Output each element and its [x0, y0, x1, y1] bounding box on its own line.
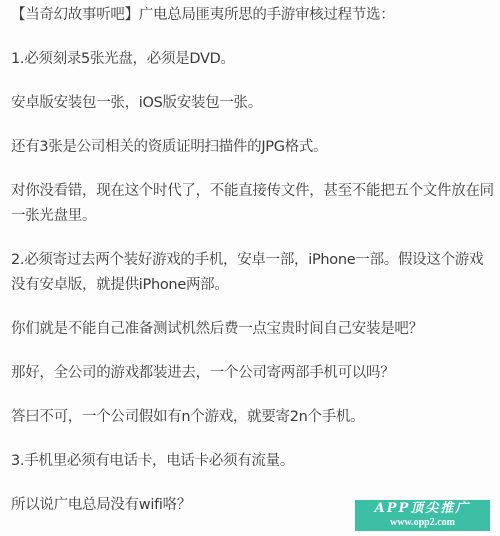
- paragraph-gap: [11, 474, 495, 493]
- point-1-detail-b: 还有3张是公司相关的资质证明扫描件的JPG格式。: [11, 135, 495, 160]
- paragraph-gap: [11, 116, 495, 135]
- paragraph-gap: [11, 342, 495, 361]
- paragraph-gap: [11, 298, 495, 317]
- paragraph-gap: [11, 160, 495, 179]
- point-2-comment-b: 那好，全公司的游戏都装进去，一个公司寄两部手机可以吗？: [11, 361, 495, 386]
- article-intro: 【当奇幻故事听吧】广电总局匪夷所思的手游审核过程节选：: [11, 3, 495, 28]
- watermark-brand: APP顶尖推广: [355, 501, 490, 517]
- point-2-answer: 答曰不可，一个公司假如有n个游戏，就要寄2n个手机。: [11, 405, 495, 430]
- paragraph-gap: [11, 72, 495, 91]
- paragraph-gap: [11, 28, 495, 47]
- point-1-comment: 对你没看错，现在这个时代了，不能直接传文件，甚至不能把五个文件放在同一张光盘里。: [11, 179, 495, 229]
- paragraph-gap: [11, 430, 495, 449]
- article-body: 【当奇幻故事听吧】广电总局匪夷所思的手游审核过程节选： 1.必须刻录5张光盘，必…: [11, 3, 495, 518]
- point-2-comment-a: 你们就是不能自己准备测试机然后费一点宝贵时间自己安装是吧？: [11, 317, 495, 342]
- point-2: 2.必须寄过去两个装好游戏的手机，安卓一部，iPhone一部。假设这个游戏没有安…: [11, 248, 495, 298]
- paragraph-gap: [11, 386, 495, 405]
- point-3: 3.手机里必须有电话卡，电话卡必须有流量。: [11, 449, 495, 474]
- point-1-detail-a: 安卓版安装包一张，iOS版安装包一张。: [11, 91, 495, 116]
- paragraph-gap: [11, 229, 495, 248]
- watermark-logo: APP顶尖推广 www.opp2.com: [355, 500, 490, 531]
- watermark-url: www.opp2.com: [355, 517, 490, 529]
- point-1: 1.必须刻录5张光盘，必须是DVD。: [11, 47, 495, 72]
